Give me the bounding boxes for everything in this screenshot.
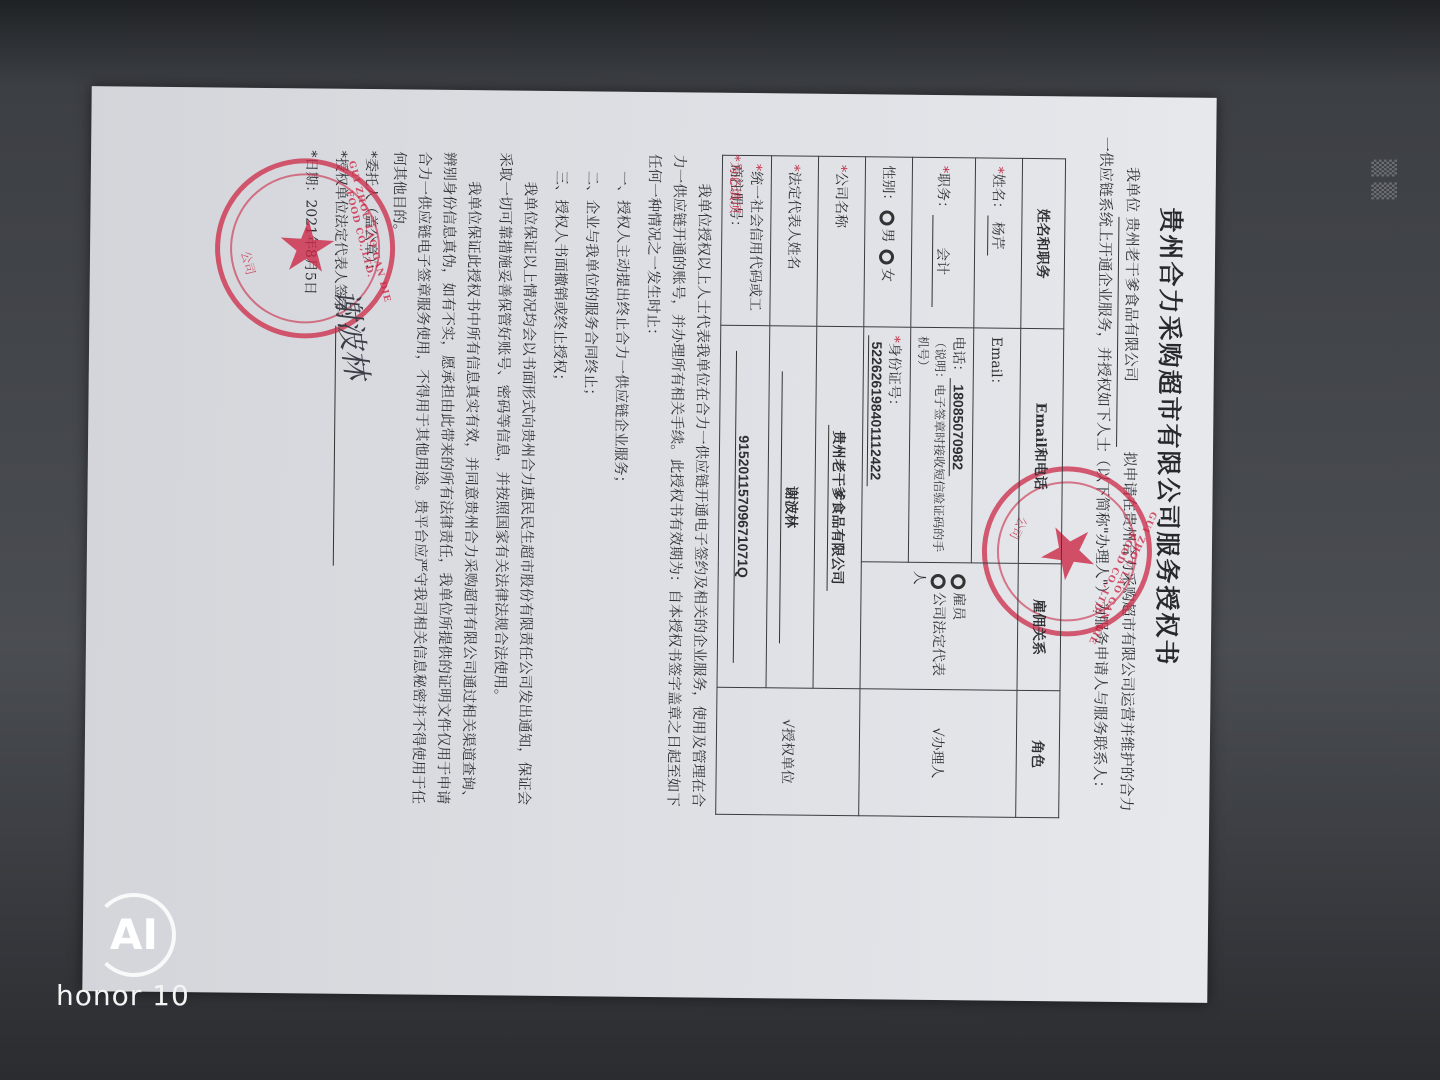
- authorization-document: 贵州合力采购超市有限公司服务授权书 我单位 贵州老干爹食品有限公司 拟申请在贵州…: [82, 86, 1216, 1003]
- male-label: 男: [879, 228, 895, 242]
- female-label: 女: [879, 268, 895, 282]
- email-cell: Email：: [971, 328, 1020, 563]
- email-label: Email：: [988, 337, 1005, 392]
- phone-cell: 电话：18085070982（说明：电子签章时接收短信验证码的手机号）: [908, 327, 973, 562]
- name-cell: *姓名：杨芹: [974, 158, 1023, 329]
- background-edge-mark: ▒▒: [1370, 160, 1395, 206]
- header-employment: 雇佣关系: [1017, 563, 1061, 690]
- condition-3: 三、授权人书面撤销或终止授权；: [541, 153, 573, 813]
- role-handler: √办理人: [859, 689, 1017, 818]
- gender-label: 性别：: [880, 165, 896, 207]
- condition-2: 二、企业与我单位的服务合同终止；: [572, 153, 604, 813]
- table-row: *姓名：杨芹 Email： 雇员 公司法定代表人 √办理人: [969, 158, 1023, 817]
- phone-label: 电话：: [950, 336, 966, 378]
- paragraph-authorization: 我单位授权以上人士代表我单位在合力一供应链开通电子签约及相关的企业服务，使用及管…: [634, 154, 716, 815]
- company-value-cell: 贵州老干爹食品有限公司: [813, 326, 864, 688]
- name-value: 杨芹: [988, 216, 1009, 256]
- phone-note: （说明：电子签章时接收短信验证码的手机号）: [916, 336, 947, 552]
- intro-prefix: 我单位: [1124, 167, 1142, 212]
- table-row: *公司名称 贵州老干爹食品有限公司 √授权单位: [812, 156, 866, 815]
- title-value: 会计: [932, 215, 954, 307]
- camera-brand: honor 10: [56, 979, 190, 1012]
- company-value: 贵州老干爹食品有限公司: [827, 424, 850, 590]
- id-value: 522626198401112422: [867, 335, 886, 486]
- gender-cell: 性别：男 女: [864, 157, 913, 328]
- radio-female[interactable]: [879, 250, 894, 265]
- required-note: *为必填项: [726, 155, 746, 214]
- name-label: 姓名：: [990, 174, 1006, 216]
- table-header-row: 姓名和职务 Email和电话 雇佣关系 角色: [1016, 158, 1066, 817]
- phone-value: 18085070982: [949, 378, 967, 476]
- radio-employee[interactable]: [951, 574, 966, 589]
- intro-company-blank: 贵州老干爹食品有限公司: [1116, 217, 1145, 447]
- company-label-cell: *公司名称: [817, 156, 866, 327]
- employment-cell: 雇员 公司法定代表人: [860, 562, 1018, 691]
- ai-badge-icon: AI: [92, 893, 176, 977]
- employee-option-label: 雇员: [950, 592, 966, 620]
- radio-male[interactable]: [880, 210, 895, 225]
- condition-1: 一、授权人主动提出终止合力一供应链企业服务；: [603, 154, 635, 814]
- header-role: 角色: [1016, 690, 1060, 817]
- legal-rep-label: 法定代表人姓名: [785, 171, 802, 269]
- header-name-title: 姓名和职务: [1021, 158, 1066, 329]
- credit-code-value-cell: 91520115709671071Q: [717, 325, 770, 687]
- info-table: 姓名和职务 Email和电话 雇佣关系 角色 *姓名：杨芹 Email： 雇员 …: [715, 155, 1066, 819]
- document-title: 贵州合力采购超市有限公司服务授权书: [1150, 207, 1191, 666]
- credit-code-value: 91520115709671071Q: [733, 350, 753, 662]
- title-label: 职务：: [935, 173, 951, 215]
- legal-rep-value-cell: 谢波林: [766, 326, 817, 688]
- company-label: 公司名称: [832, 172, 849, 228]
- legal-rep-label-cell: *法定代表人姓名: [770, 156, 819, 327]
- paragraph-notification: 我单位保证以上情况均会以书面形式向贵州合力惠民民生超市股份有限责任公司发出通知，…: [485, 152, 542, 812]
- role-authorizing-unit: √授权单位: [716, 687, 860, 815]
- id-cell: *身份证号：522626198401112422: [861, 327, 910, 562]
- id-label: 身份证号：: [886, 343, 903, 413]
- body-text: 我单位授权以上人士代表我单位在合力一供应链开通电子签约及相关的企业服务，使用及管…: [373, 151, 716, 814]
- radio-legal-rep[interactable]: [931, 574, 946, 589]
- legal-rep-value: 谢波林: [779, 371, 803, 643]
- title-cell: *职务：会计: [911, 157, 976, 328]
- header-email-phone: Email和电话: [1018, 329, 1063, 564]
